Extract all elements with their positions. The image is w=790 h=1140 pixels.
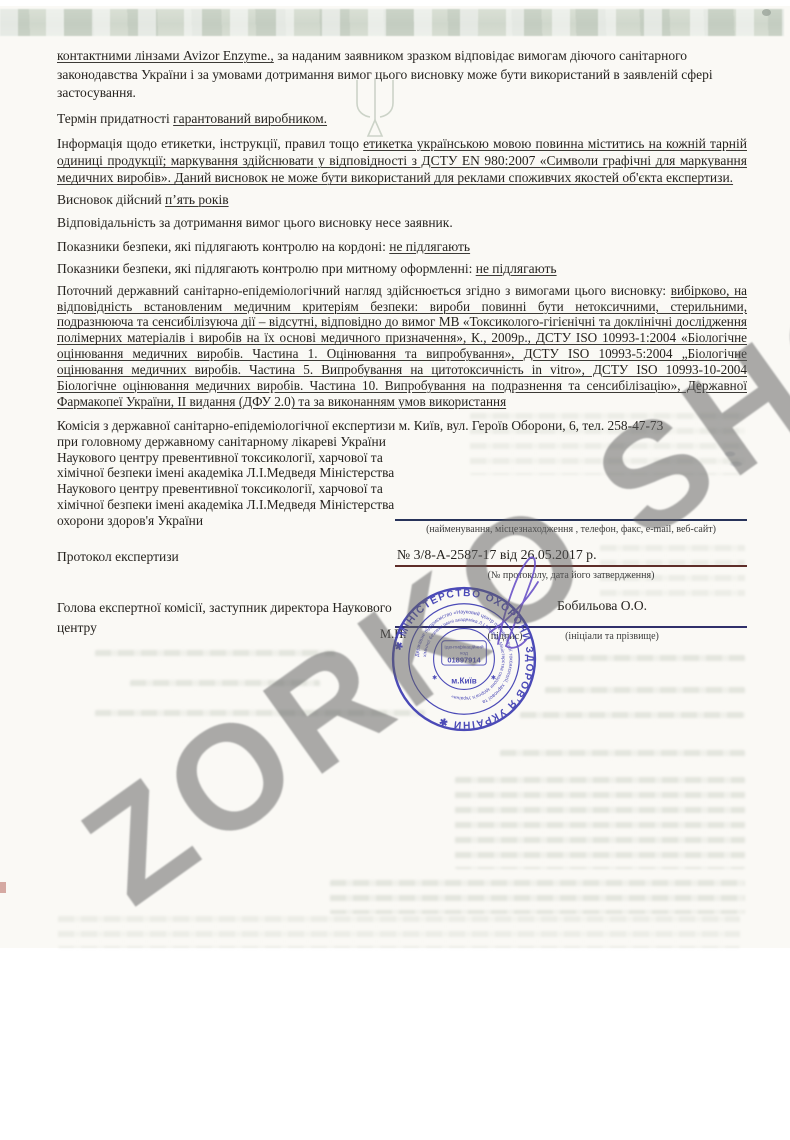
paragraph-labeling-info: Інформація щодо етикетки, інструкції, пр… [57,135,747,187]
bleed-through-text [330,880,745,914]
product-name-underlined: контактними лінзами Avizor Enzyme., [57,48,274,63]
paragraph-customs-control: Показники безпеки, які підлягають контро… [57,260,747,279]
bleed-through-text [520,712,745,722]
protocol-label: Протокол експертизи [57,549,179,565]
bleed-through-text [455,777,745,869]
paragraph-conclusion: контактними лінзами Avizor Enzyme., за н… [57,47,747,103]
scan-edge-artifact [0,9,784,36]
paragraph-validity: Висновок дійсний п’ять років [57,191,747,210]
bleed-through-text [545,655,745,665]
scan-speck [762,9,771,16]
bleed-through-text [545,687,745,697]
scanned-document-page: контактними лінзами Avizor Enzyme., за н… [0,0,790,1140]
scan-edge-mark [0,882,6,893]
paragraph-border-control: Показники безпеки, які підлягають контро… [57,238,747,257]
bleed-through-text [500,750,745,760]
paragraph-shelf-life: Термін придатності гарантований виробник… [57,110,747,129]
document-body: контактними лінзами Avizor Enzyme., за н… [57,47,747,410]
paragraph-responsibility: Відповідальність за дотримання вимог цьо… [57,214,747,233]
